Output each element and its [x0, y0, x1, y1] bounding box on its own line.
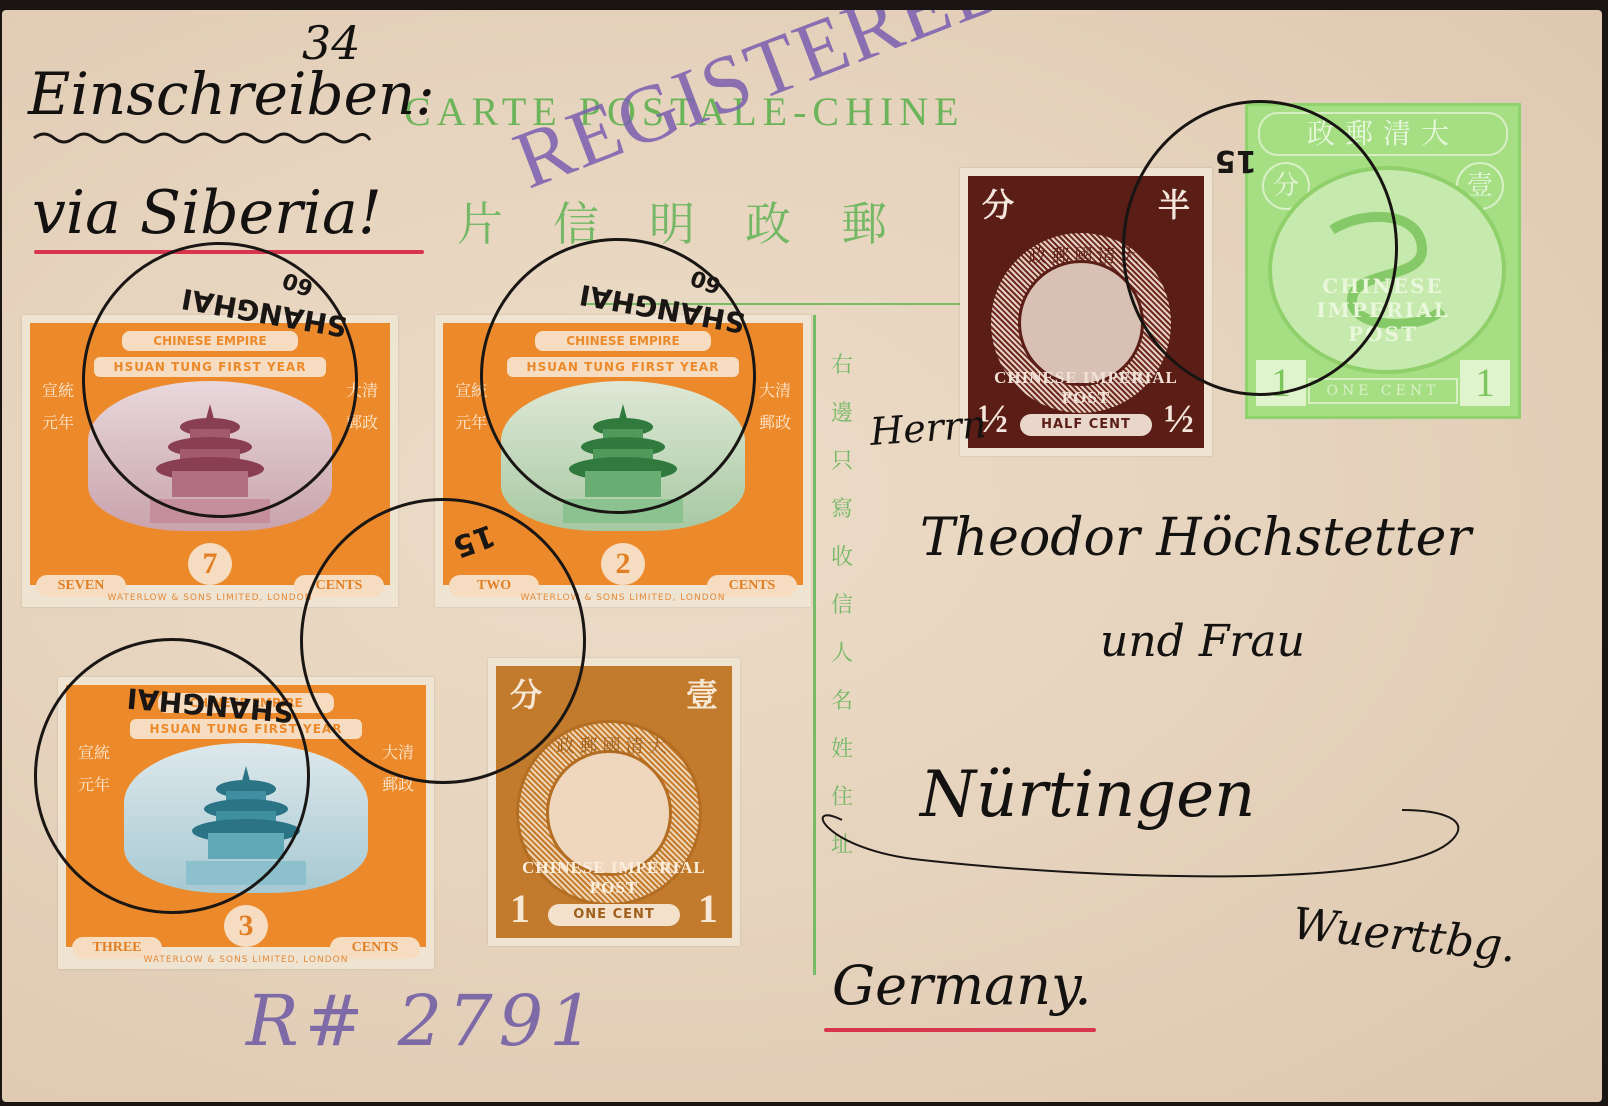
addressee-line2: und Frau	[1100, 616, 1305, 667]
postmark-city: SHANGHAI	[577, 278, 747, 340]
postcard: CARTE POSTALE-CHINE 郵政明信片 右邊只寫收信人名姓住址 34…	[2, 10, 1602, 1102]
stamp-printer-imprint: WATERLOW & SONS LIMITED, LONDON	[58, 955, 434, 965]
stamp-label: ONE CENT	[548, 904, 680, 926]
salutation: Herrn	[869, 402, 988, 454]
stamp-left-chars: 宣統元年	[40, 375, 76, 439]
postmark-city: SHANGHAI	[179, 282, 349, 344]
postmark-3: 15	[300, 498, 586, 784]
destination-country: Germany.	[832, 954, 1092, 1017]
chinese-card-title: 郵政明信片	[457, 188, 937, 254]
addressee-name: Theodor Höchstetter	[920, 508, 1471, 568]
corner-char-left: 分	[982, 180, 1014, 226]
corner-value-right: ½	[1164, 395, 1194, 442]
stamp-label: HALF CENT	[1020, 414, 1152, 436]
postmark-year: 09	[686, 267, 723, 301]
wavy-underline	[32, 128, 372, 148]
stamp-right-chars: 大清郵政	[757, 375, 793, 439]
corner-char-right: 壹	[686, 670, 718, 716]
stamp-value: 7	[188, 543, 232, 585]
stamp-arc-text: CHINESE IMPERIAL POST	[498, 858, 730, 898]
stamp-value: 2	[601, 543, 645, 585]
postmark-day: 15	[1215, 143, 1257, 178]
corner-value-right: 1	[698, 885, 718, 932]
instruction-registered: Einschreiben:	[28, 60, 435, 128]
postmark-5: 15	[1122, 100, 1398, 396]
registration-number: R# 2791	[246, 980, 600, 1062]
red-underline-country	[824, 1028, 1096, 1032]
stamp-value: 3	[224, 905, 268, 947]
city-underline-swoosh	[802, 790, 1482, 900]
destination-region: Wuerttbg.	[1290, 898, 1519, 972]
postmark-city: SHANGHAI	[126, 681, 295, 728]
imprint-value-right: 1	[1460, 360, 1510, 406]
corner-value-left: 1	[510, 885, 530, 932]
imprint-value-label: ONE CENT	[1308, 378, 1458, 404]
postmark-year: 09	[278, 269, 315, 303]
instruction-route: via Siberia!	[32, 178, 382, 248]
postmark-day: 15	[448, 517, 499, 564]
